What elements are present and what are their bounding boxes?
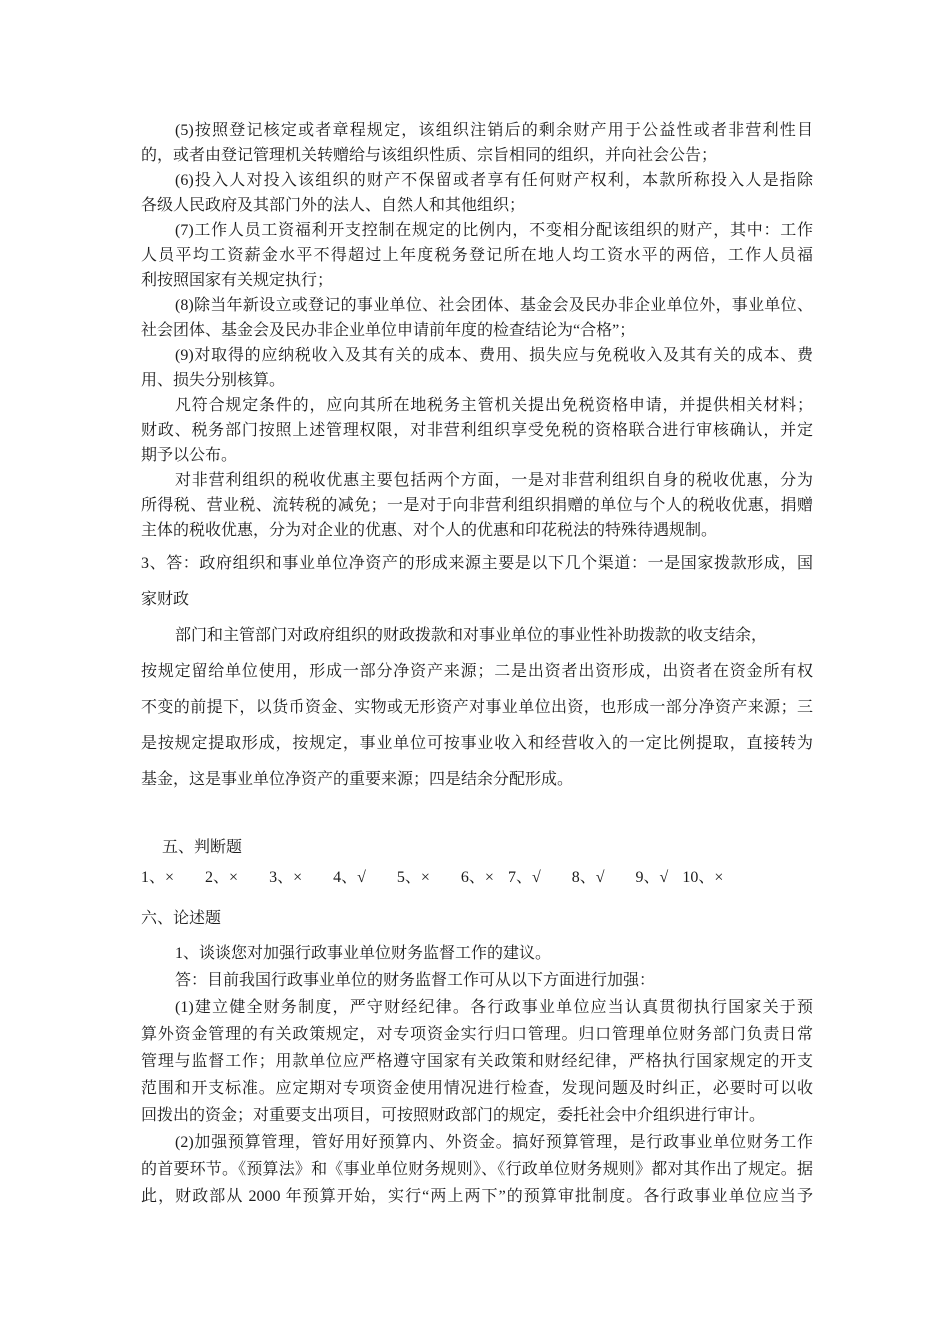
question-3-answer-paragraphs: 3、答：政府组织和事业单位净资产的形成来源主要是以下几个渠道：一是国家拨款形成，…	[141, 546, 813, 798]
judgment-answer: 9、√	[636, 869, 669, 886]
text-line: 利按照国家有关规定执行；	[141, 268, 813, 293]
essay-section: 六、论述题 1、谈谈您对加强行政事业单位财务监督工作的建议。 答：目前我国行政事…	[141, 905, 813, 1210]
text-line: 此，财政部从 2000 年预算开始，实行“两上两下”的预算审批制度。各行政事业单…	[141, 1183, 813, 1210]
text-line: 1、谈谈您对加强行政事业单位财务监督工作的建议。	[141, 940, 813, 967]
text-line: 不变的前提下，以货币资金、实物或无形资产对事业单位出资，也形成一部分净资产来源；…	[141, 690, 813, 726]
text-line: 主体的税收优惠，分为对企业的优惠、对个人的优惠和印花税法的特殊待遇规制。	[141, 518, 813, 543]
judgment-answer: 1、×	[141, 869, 174, 886]
text-line: (9)对取得的应纳税收入及其有关的成本、费用、损失应与免税收入及其有关的成本、费	[141, 343, 813, 368]
judgment-answer: 6、×	[461, 869, 494, 886]
text-line: 管理与监督工作；用款单位应严格遵守国家有关政策和财经纪律，严格执行国家规定的开支	[141, 1048, 813, 1075]
text-line: 回拨出的资金；对重要支出项目，可按照财政部门的规定，委托社会中介组织进行审计。	[141, 1102, 813, 1129]
text-line: 对非营利组织的税收优惠主要包括两个方面，一是对非营利组织自身的税收优惠，分为	[141, 468, 813, 493]
text-line: (2)加强预算管理，管好用好预算内、外资金。搞好预算管理，是行政事业单位财务工作	[141, 1129, 813, 1156]
text-line: 的首要环节。《预算法》和《事业单位财务规则》、《行政单位财务规则》都对其作出了规…	[141, 1156, 813, 1183]
text-line: (6)投入人对投入该组织的财产不保留或者享有任何财产权利，本款所称投入人是指除	[141, 168, 813, 193]
text-line: 期予以公布。	[141, 443, 813, 468]
text-line: 各级人民政府及其部门外的法人、自然人和其他组织；	[141, 193, 813, 218]
judgment-answer: 8、√	[572, 869, 605, 886]
text-line: 范围和开支标准。应定期对专项资金使用情况进行检查，发现问题及时纠正，必要时可以收	[141, 1075, 813, 1102]
text-line: (5)按照登记核定或者章程规定，该组织注销后的剩余财产用于公益性或者非营利性目	[141, 118, 813, 143]
text-line: 所得税、营业税、流转税的减免；一是对于向非营利组织捐赠的单位与个人的税收优惠，捐…	[141, 493, 813, 518]
text-line: (1)建立健全财务制度，严守财经纪律。各行政事业单位应当认真贯彻执行国家关于预	[141, 994, 813, 1021]
judgment-answer: 5、×	[397, 869, 430, 886]
text-line: (8)除当年新设立或登记的事业单位、社会团体、基金会及民办非企业单位外，事业单位…	[141, 293, 813, 318]
document-page: (5)按照登记核定或者章程规定，该组织注销后的剩余财产用于公益性或者非营利性目 …	[141, 118, 813, 1210]
judgment-answer: 4、√	[333, 869, 366, 886]
tax-exemption-answer-paragraphs: (5)按照登记核定或者章程规定，该组织注销后的剩余财产用于公益性或者非营利性目 …	[141, 118, 813, 543]
judgment-answer: 10、×	[682, 869, 723, 886]
text-line: 的，或者由登记管理机关转赠给与该组织性质、宗旨相同的组织，并向社会公告；	[141, 143, 813, 168]
judgment-answer: 3、×	[269, 869, 302, 886]
text-line: 人员平均工资薪金水平不得超过上年度税务登记所在地人均工资水平的两倍，工作人员福	[141, 243, 813, 268]
text-line: 3、答：政府组织和事业单位净资产的形成来源主要是以下几个渠道：一是国家拨款形成，…	[141, 546, 813, 582]
text-line: 基金，这是事业单位净资产的重要来源；四是结余分配形成。	[141, 762, 813, 798]
judgment-answer: 2、×	[205, 869, 238, 886]
essay-section-heading: 六、论述题	[141, 905, 813, 932]
text-line: 算外资金管理的有关政策规定，对专项资金实行归口管理。归口管理单位财务部门负责日常	[141, 1021, 813, 1048]
text-line: 是按规定提取形成，按规定，事业单位可按事业收入和经营收入的一定比例提取，直接转为	[141, 726, 813, 762]
text-line: 凡符合规定条件的，应向其所在地税务主管机关提出免税资格申请，并提供相关材料；	[141, 393, 813, 418]
text-line: 答：目前我国行政事业单位的财务监督工作可从以下方面进行加强：	[141, 967, 813, 994]
text-line: 财政、税务部门按照上述管理权限，对非营利组织享受免税的资格联合进行审核确认，并定	[141, 418, 813, 443]
text-line: 用、损失分别核算。	[141, 368, 813, 393]
judgment-answer: 7、√	[508, 869, 541, 886]
text-line: 家财政	[141, 582, 813, 618]
judgment-answers-row: 1、× 2、× 3、× 4、√ 5、× 6、× 7、√ 8、√ 9、√ 10、×	[141, 865, 813, 891]
text-line: 社会团体、基金会及民办非企业单位申请前年度的检查结论为“合格”；	[141, 318, 813, 343]
text-line: 部门和主管部门对政府组织的财政拨款和对事业单位的事业性补助拨款的收支结余，	[141, 618, 813, 654]
judgment-section-heading: 五、判断题	[141, 835, 813, 861]
text-line: (7)工作人员工资福利开支控制在规定的比例内，不变相分配该组织的财产，其中：工作	[141, 218, 813, 243]
text-line: 按规定留给单位使用，形成一部分净资产来源；二是出资者出资形成，出资者在资金所有权	[141, 654, 813, 690]
